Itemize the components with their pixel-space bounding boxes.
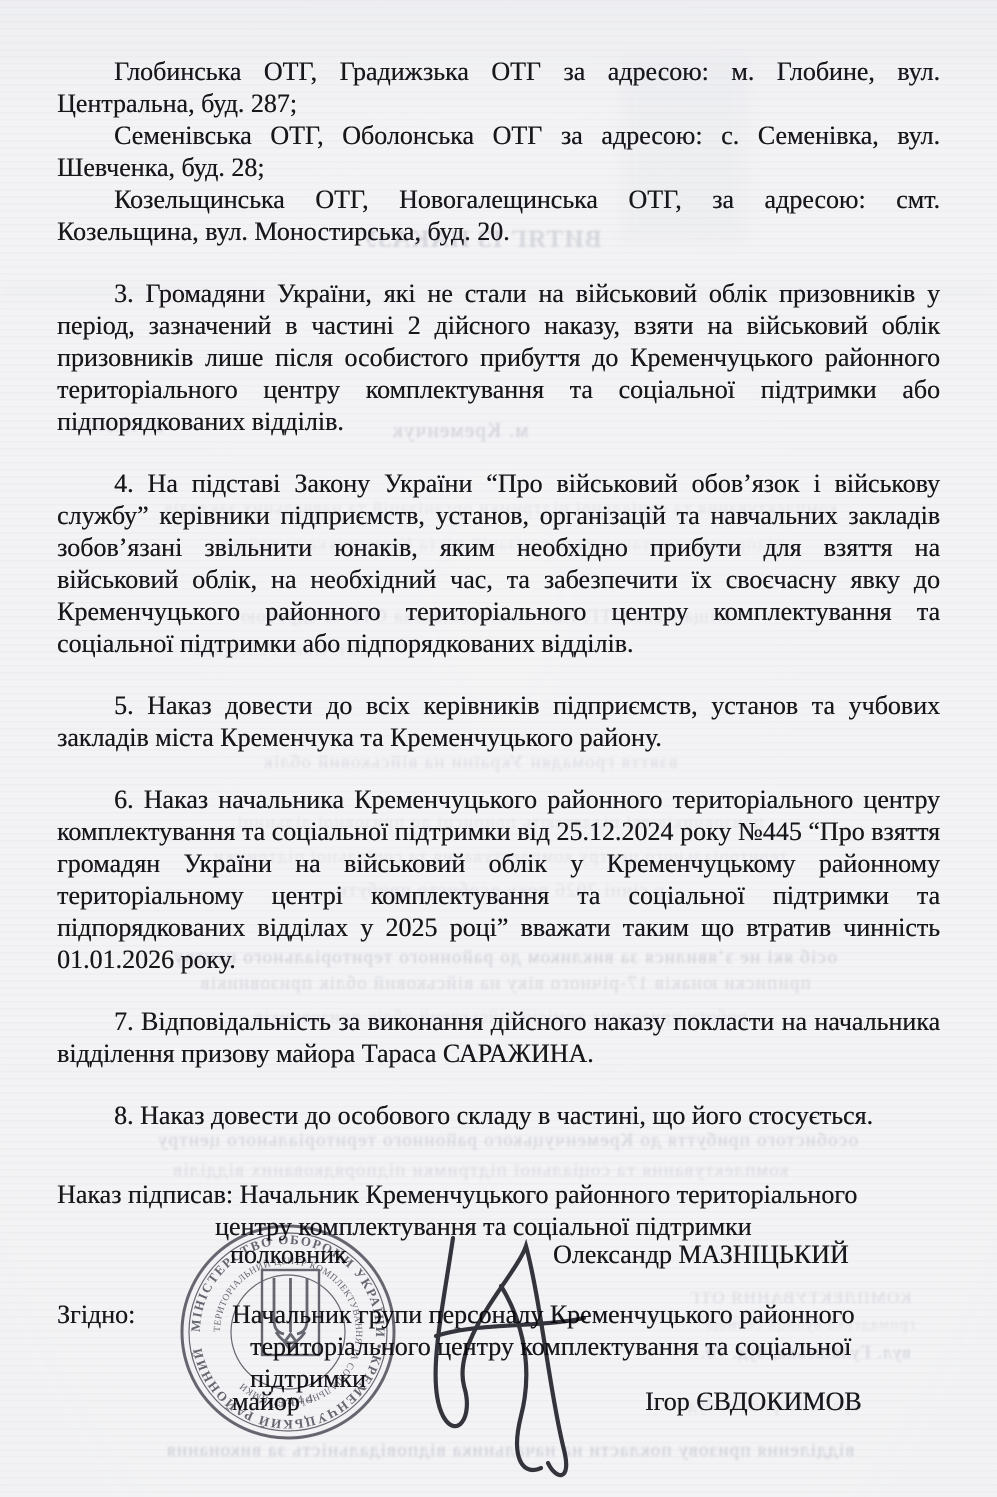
- agreed-label: Згідно:: [57, 1300, 135, 1330]
- agreer-name: Ігор ЄВДОКИМОВ: [645, 1387, 862, 1417]
- stamp-inner-ring-text: ТЕРИТОРІАЛЬНИЙ ЦЕНТР КОМПЛЕКТУВАННЯ ТА С…: [213, 1257, 363, 1408]
- svg-text:ТЕРИТОРІАЛЬНИЙ ЦЕНТР КОМПЛЕКТУ: ТЕРИТОРІАЛЬНИЙ ЦЕНТР КОМПЛЕКТУВАННЯ ТА С…: [213, 1257, 363, 1408]
- order-paragraph-6: 6. Наказ начальника Кременчуцького район…: [57, 784, 940, 976]
- order-paragraph-8: 8. Наказ довести до особового складу в ч…: [57, 1100, 940, 1132]
- round-official-stamp: МІНІСТЕРСТВО ОБОРОНИ УКРАЇНИ • КРЕМЕНЧУЦ…: [176, 1220, 400, 1444]
- order-paragraph-address-2: Семенівська ОТГ, Оболонська ОТГ за адрес…: [57, 120, 940, 184]
- signed-by-line: Наказ підписав: Начальник Кременчуцького…: [57, 1180, 857, 1210]
- trident-icon: [274, 1278, 307, 1350]
- scanned-order-page: Глобинська ОТГ, Градижзька ОТГ за адресо…: [0, 0, 997, 1497]
- order-paragraph-address-1: Глобинська ОТГ, Градижзька ОТГ за адресо…: [57, 56, 940, 120]
- signature-stroke: [398, 1218, 648, 1497]
- order-paragraph-5: 5. Наказ довести до всіх керівників підп…: [57, 690, 940, 754]
- signed-by-label: Наказ підписав:: [57, 1180, 233, 1209]
- bleedthrough-text: особистого прибуття до Кременчуцького ра…: [60, 1130, 955, 1152]
- order-paragraph-3: 3. Громадяни України, які не стали на ві…: [57, 278, 940, 438]
- order-paragraph-4: 4. На підставі Закону України “Про війсь…: [57, 468, 940, 660]
- order-paragraph-7: 7. Відповідальність за виконання дійсног…: [57, 1006, 940, 1070]
- order-paragraph-address-3: Козельщинська ОТГ, Новогалещинська ОТГ, …: [57, 184, 940, 248]
- stamp-graphic: МІНІСТЕРСТВО ОБОРОНИ УКРАЇНИ • КРЕМЕНЧУЦ…: [176, 1220, 400, 1444]
- handwritten-signature: [398, 1218, 648, 1497]
- signer-title-1: Начальник Кременчуцького районного терит…: [239, 1180, 857, 1209]
- bleedthrough-text: комплектування та соціальної підтримки п…: [95, 1160, 865, 1182]
- order-text-body: Глобинська ОТГ, Градижзька ОТГ за адресо…: [57, 56, 940, 1132]
